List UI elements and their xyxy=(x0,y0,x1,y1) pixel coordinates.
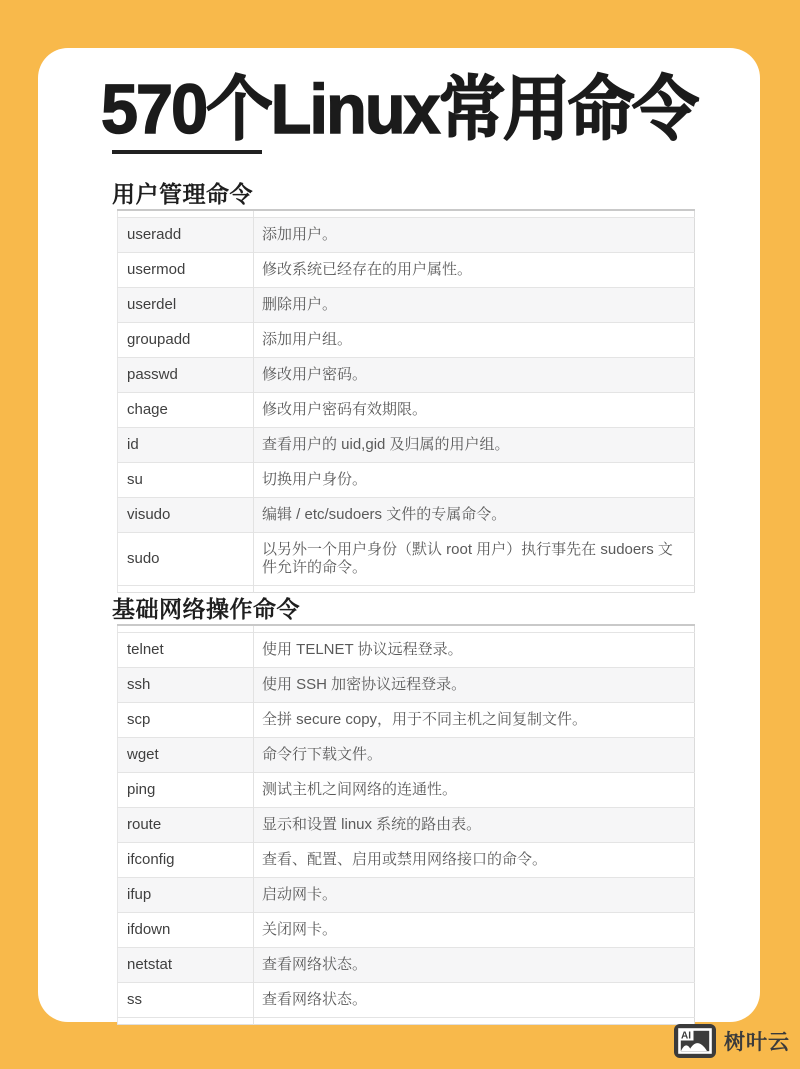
description-cell: 添加用户。 xyxy=(254,217,695,252)
command-cell: chage xyxy=(118,392,254,427)
command-cell: visudo xyxy=(118,497,254,532)
table-row: id查看用户的 uid,gid 及归属的用户组。 xyxy=(118,427,695,462)
command-cell: ssh xyxy=(118,667,254,702)
command-cell: su xyxy=(118,462,254,497)
description-cell: 测试主机之间网络的连通性。 xyxy=(254,772,695,807)
page-title: 570个Linux常用命令 xyxy=(56,68,742,151)
description-cell: 查看网络状态。 xyxy=(254,947,695,982)
section-heading-user-management: 用户管理命令 xyxy=(112,176,253,209)
description-cell: 切换用户身份。 xyxy=(254,462,695,497)
title-underline xyxy=(112,150,262,154)
description-cell: 命令行下载文件。 xyxy=(254,737,695,772)
content-card: 570个Linux常用命令 用户管理命令 useradd添加用户。usermod… xyxy=(38,48,760,1022)
table-row: chage修改用户密码有效期限。 xyxy=(118,392,695,427)
ai-image-logo-icon: AI xyxy=(674,1024,716,1058)
command-cell: usermod xyxy=(118,252,254,287)
command-cell: groupadd xyxy=(118,322,254,357)
description-cell: 编辑 / etc/sudoers 文件的专属命令。 xyxy=(254,497,695,532)
table-spacer-row xyxy=(118,625,695,632)
command-cell: id xyxy=(118,427,254,462)
table-row: netstat查看网络状态。 xyxy=(118,947,695,982)
description-cell: 查看、配置、启用或禁用网络接口的命令。 xyxy=(254,842,695,877)
description-cell: 删除用户。 xyxy=(254,287,695,322)
table-row: ifconfig查看、配置、启用或禁用网络接口的命令。 xyxy=(118,842,695,877)
table-row: ss查看网络状态。 xyxy=(118,982,695,1017)
command-cell: scp xyxy=(118,702,254,737)
command-cell: userdel xyxy=(118,287,254,322)
description-cell: 修改用户密码有效期限。 xyxy=(254,392,695,427)
table-row: ping测试主机之间网络的连通性。 xyxy=(118,772,695,807)
user-management-commands-table: useradd添加用户。usermod修改系统已经存在的用户属性。userdel… xyxy=(117,209,695,593)
table-row: ifdown关闭网卡。 xyxy=(118,912,695,947)
command-cell: sudo xyxy=(118,532,254,585)
command-cell: ping xyxy=(118,772,254,807)
logo-ai-text: AI xyxy=(681,1031,691,1042)
description-cell: 以另外一个用户身份（默认 root 用户）执行事先在 sudoers 文件允许的… xyxy=(254,532,695,585)
table-row: passwd修改用户密码。 xyxy=(118,357,695,392)
table-row: ssh使用 SSH 加密协议远程登录。 xyxy=(118,667,695,702)
command-cell: netstat xyxy=(118,947,254,982)
table-spacer-row xyxy=(118,210,695,217)
command-cell: ifdown xyxy=(118,912,254,947)
description-cell: 添加用户组。 xyxy=(254,322,695,357)
table-row: telnet使用 TELNET 协议远程登录。 xyxy=(118,632,695,667)
description-cell: 修改用户密码。 xyxy=(254,357,695,392)
table-row: ifup启动网卡。 xyxy=(118,877,695,912)
command-cell: ifup xyxy=(118,877,254,912)
table-row: userdel删除用户。 xyxy=(118,287,695,322)
brand-footer: AI 树叶云 xyxy=(674,1024,790,1058)
description-cell: 显示和设置 linux 系统的路由表。 xyxy=(254,807,695,842)
command-cell: useradd xyxy=(118,217,254,252)
table-row: scp全拼 secure copy，用于不同主机之间复制文件。 xyxy=(118,702,695,737)
table-spacer-row xyxy=(118,1017,695,1024)
description-cell: 启动网卡。 xyxy=(254,877,695,912)
table-row: useradd添加用户。 xyxy=(118,217,695,252)
table-row: wget命令行下载文件。 xyxy=(118,737,695,772)
description-cell: 查看用户的 uid,gid 及归属的用户组。 xyxy=(254,427,695,462)
command-cell: passwd xyxy=(118,357,254,392)
command-cell: ss xyxy=(118,982,254,1017)
table-row: visudo编辑 / etc/sudoers 文件的专属命令。 xyxy=(118,497,695,532)
table-row: groupadd添加用户组。 xyxy=(118,322,695,357)
command-cell: ifconfig xyxy=(118,842,254,877)
section-heading-basic-network: 基础网络操作命令 xyxy=(112,591,300,624)
command-cell: telnet xyxy=(118,632,254,667)
table-row: su切换用户身份。 xyxy=(118,462,695,497)
description-cell: 修改系统已经存在的用户属性。 xyxy=(254,252,695,287)
poster-background: 570个Linux常用命令 用户管理命令 useradd添加用户。usermod… xyxy=(0,0,800,1069)
command-cell: route xyxy=(118,807,254,842)
brand-name: 树叶云 xyxy=(724,1026,790,1056)
description-cell: 关闭网卡。 xyxy=(254,912,695,947)
command-cell: wget xyxy=(118,737,254,772)
description-cell: 全拼 secure copy，用于不同主机之间复制文件。 xyxy=(254,702,695,737)
description-cell: 使用 SSH 加密协议远程登录。 xyxy=(254,667,695,702)
table-row: usermod修改系统已经存在的用户属性。 xyxy=(118,252,695,287)
table-row: sudo以另外一个用户身份（默认 root 用户）执行事先在 sudoers 文… xyxy=(118,532,695,585)
table-row: route显示和设置 linux 系统的路由表。 xyxy=(118,807,695,842)
description-cell: 查看网络状态。 xyxy=(254,982,695,1017)
description-cell: 使用 TELNET 协议远程登录。 xyxy=(254,632,695,667)
basic-network-commands-table: telnet使用 TELNET 协议远程登录。ssh使用 SSH 加密协议远程登… xyxy=(117,624,695,1025)
